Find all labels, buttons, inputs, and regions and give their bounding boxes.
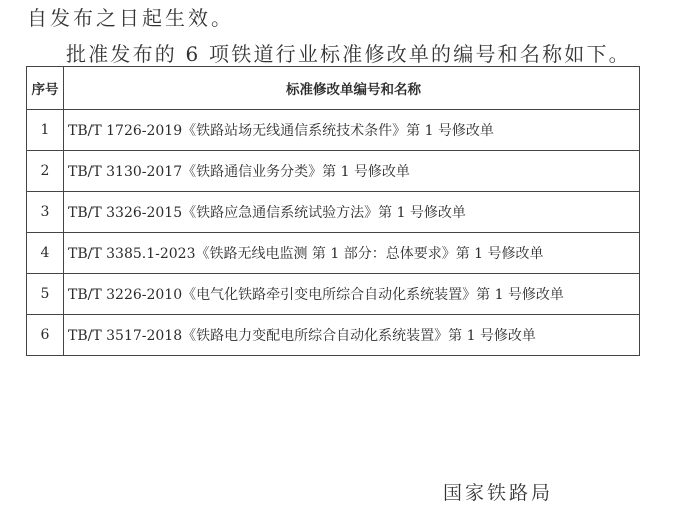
row-name: TB/T 3226-2010《电气化铁路牵引变电所综合自动化系统装置》第 1 号… — [64, 274, 640, 315]
table-header-row: 序号 标准修改单编号和名称 — [27, 67, 640, 110]
row-no: 1 — [27, 110, 64, 151]
row-name: TB/T 1726-2019《铁路站场无线通信系统技术条件》第 1 号修改单 — [64, 110, 640, 151]
table-row: 2 TB/T 3130-2017《铁路通信业务分类》第 1 号修改单 — [27, 151, 640, 192]
row-no: 5 — [27, 274, 64, 315]
row-no: 6 — [27, 315, 64, 356]
issuer-signature: 国家铁路局 — [443, 478, 553, 505]
row-no: 2 — [27, 151, 64, 192]
row-no: 4 — [27, 233, 64, 274]
row-name: TB/T 3326-2015《铁路应急通信系统试验方法》第 1 号修改单 — [64, 192, 640, 233]
header-name: 标准修改单编号和名称 — [64, 67, 640, 110]
row-name: TB/T 3385.1-2023《铁路无线电监测 第 1 部分：总体要求》第 1… — [64, 233, 640, 274]
table-row: 4 TB/T 3385.1-2023《铁路无线电监测 第 1 部分：总体要求》第… — [27, 233, 640, 274]
table-row: 1 TB/T 1726-2019《铁路站场无线通信系统技术条件》第 1 号修改单 — [27, 110, 640, 151]
table-row: 5 TB/T 3226-2010《电气化铁路牵引变电所综合自动化系统装置》第 1… — [27, 274, 640, 315]
header-no: 序号 — [27, 67, 64, 110]
effective-paragraph: 自发布之日起生效。 — [27, 2, 234, 31]
row-no: 3 — [27, 192, 64, 233]
intro-paragraph: 批准发布的 6 项铁道行业标准修改单的编号和名称如下。 — [66, 38, 631, 67]
table-row: 3 TB/T 3326-2015《铁路应急通信系统试验方法》第 1 号修改单 — [27, 192, 640, 233]
table-row: 6 TB/T 3517-2018《铁路电力变配电所综合自动化系统装置》第 1 号… — [27, 315, 640, 356]
standards-table: 序号 标准修改单编号和名称 1 TB/T 1726-2019《铁路站场无线通信系… — [26, 66, 640, 356]
row-name: TB/T 3130-2017《铁路通信业务分类》第 1 号修改单 — [64, 151, 640, 192]
row-name: TB/T 3517-2018《铁路电力变配电所综合自动化系统装置》第 1 号修改… — [64, 315, 640, 356]
